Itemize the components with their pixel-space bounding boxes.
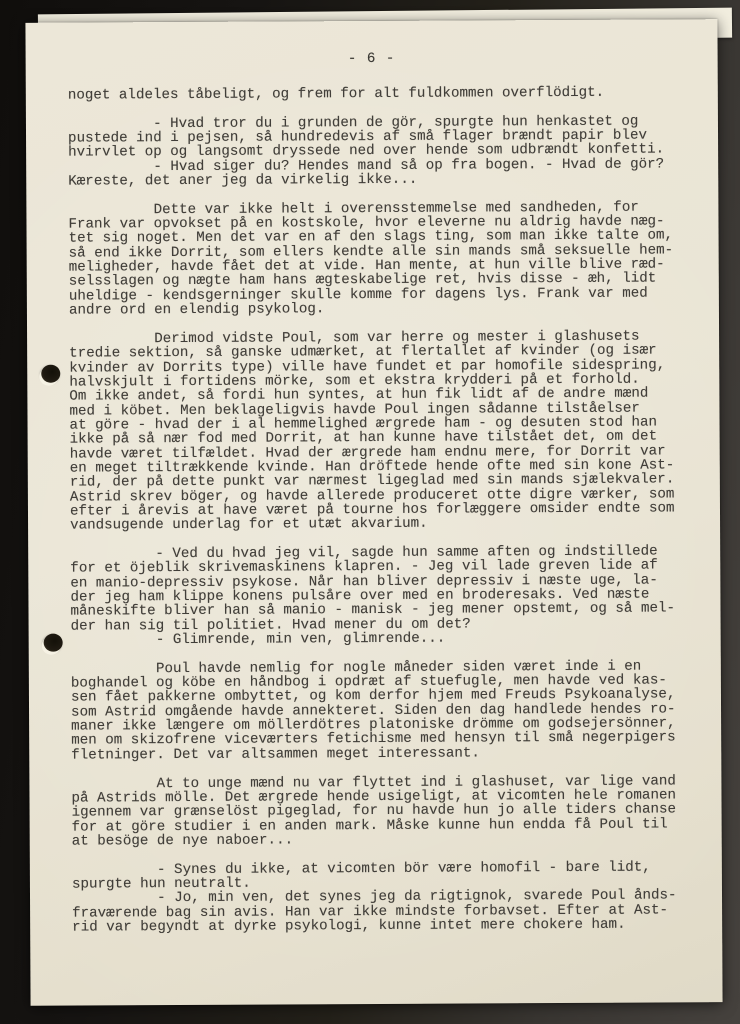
paragraph-dialogue-typewriter: - Ved du hvad jeg vil, sagde hun samme a… [70, 544, 711, 648]
paragraph-dialogue-fireplace: - Hvad tror du i grunden de gör, spurgte… [68, 114, 708, 189]
paragraph-opening: noget aldeles tåbeligt, og frem for alt … [68, 85, 708, 103]
paragraph-poul-greenhouse: Derimod vidste Poul, som var herre og me… [69, 329, 710, 533]
punch-hole-top [41, 365, 60, 383]
page-body: noget aldeles tåbeligt, og frem for alt … [68, 85, 712, 935]
paragraph-closing-dialogue: - Synes du ikke, at vicomten bör være ho… [72, 860, 712, 935]
page-number: - 6 - [26, 50, 718, 68]
desk-background: - 6 - noget aldeles tåbeligt, og frem fo… [0, 0, 740, 1024]
punch-hole-bottom [44, 634, 63, 652]
paragraph-frank-boarding-school: Dette var ikke helt i overensstemmelse m… [68, 200, 709, 318]
paragraph-astrid-neighbours: At to unge mænd nu var flyttet ind i gla… [71, 774, 711, 849]
paragraph-bookshop-freud: Poul havde nemlig for nogle måneder side… [71, 659, 712, 763]
document-page: - 6 - noget aldeles tåbeligt, og frem fo… [25, 19, 722, 1006]
